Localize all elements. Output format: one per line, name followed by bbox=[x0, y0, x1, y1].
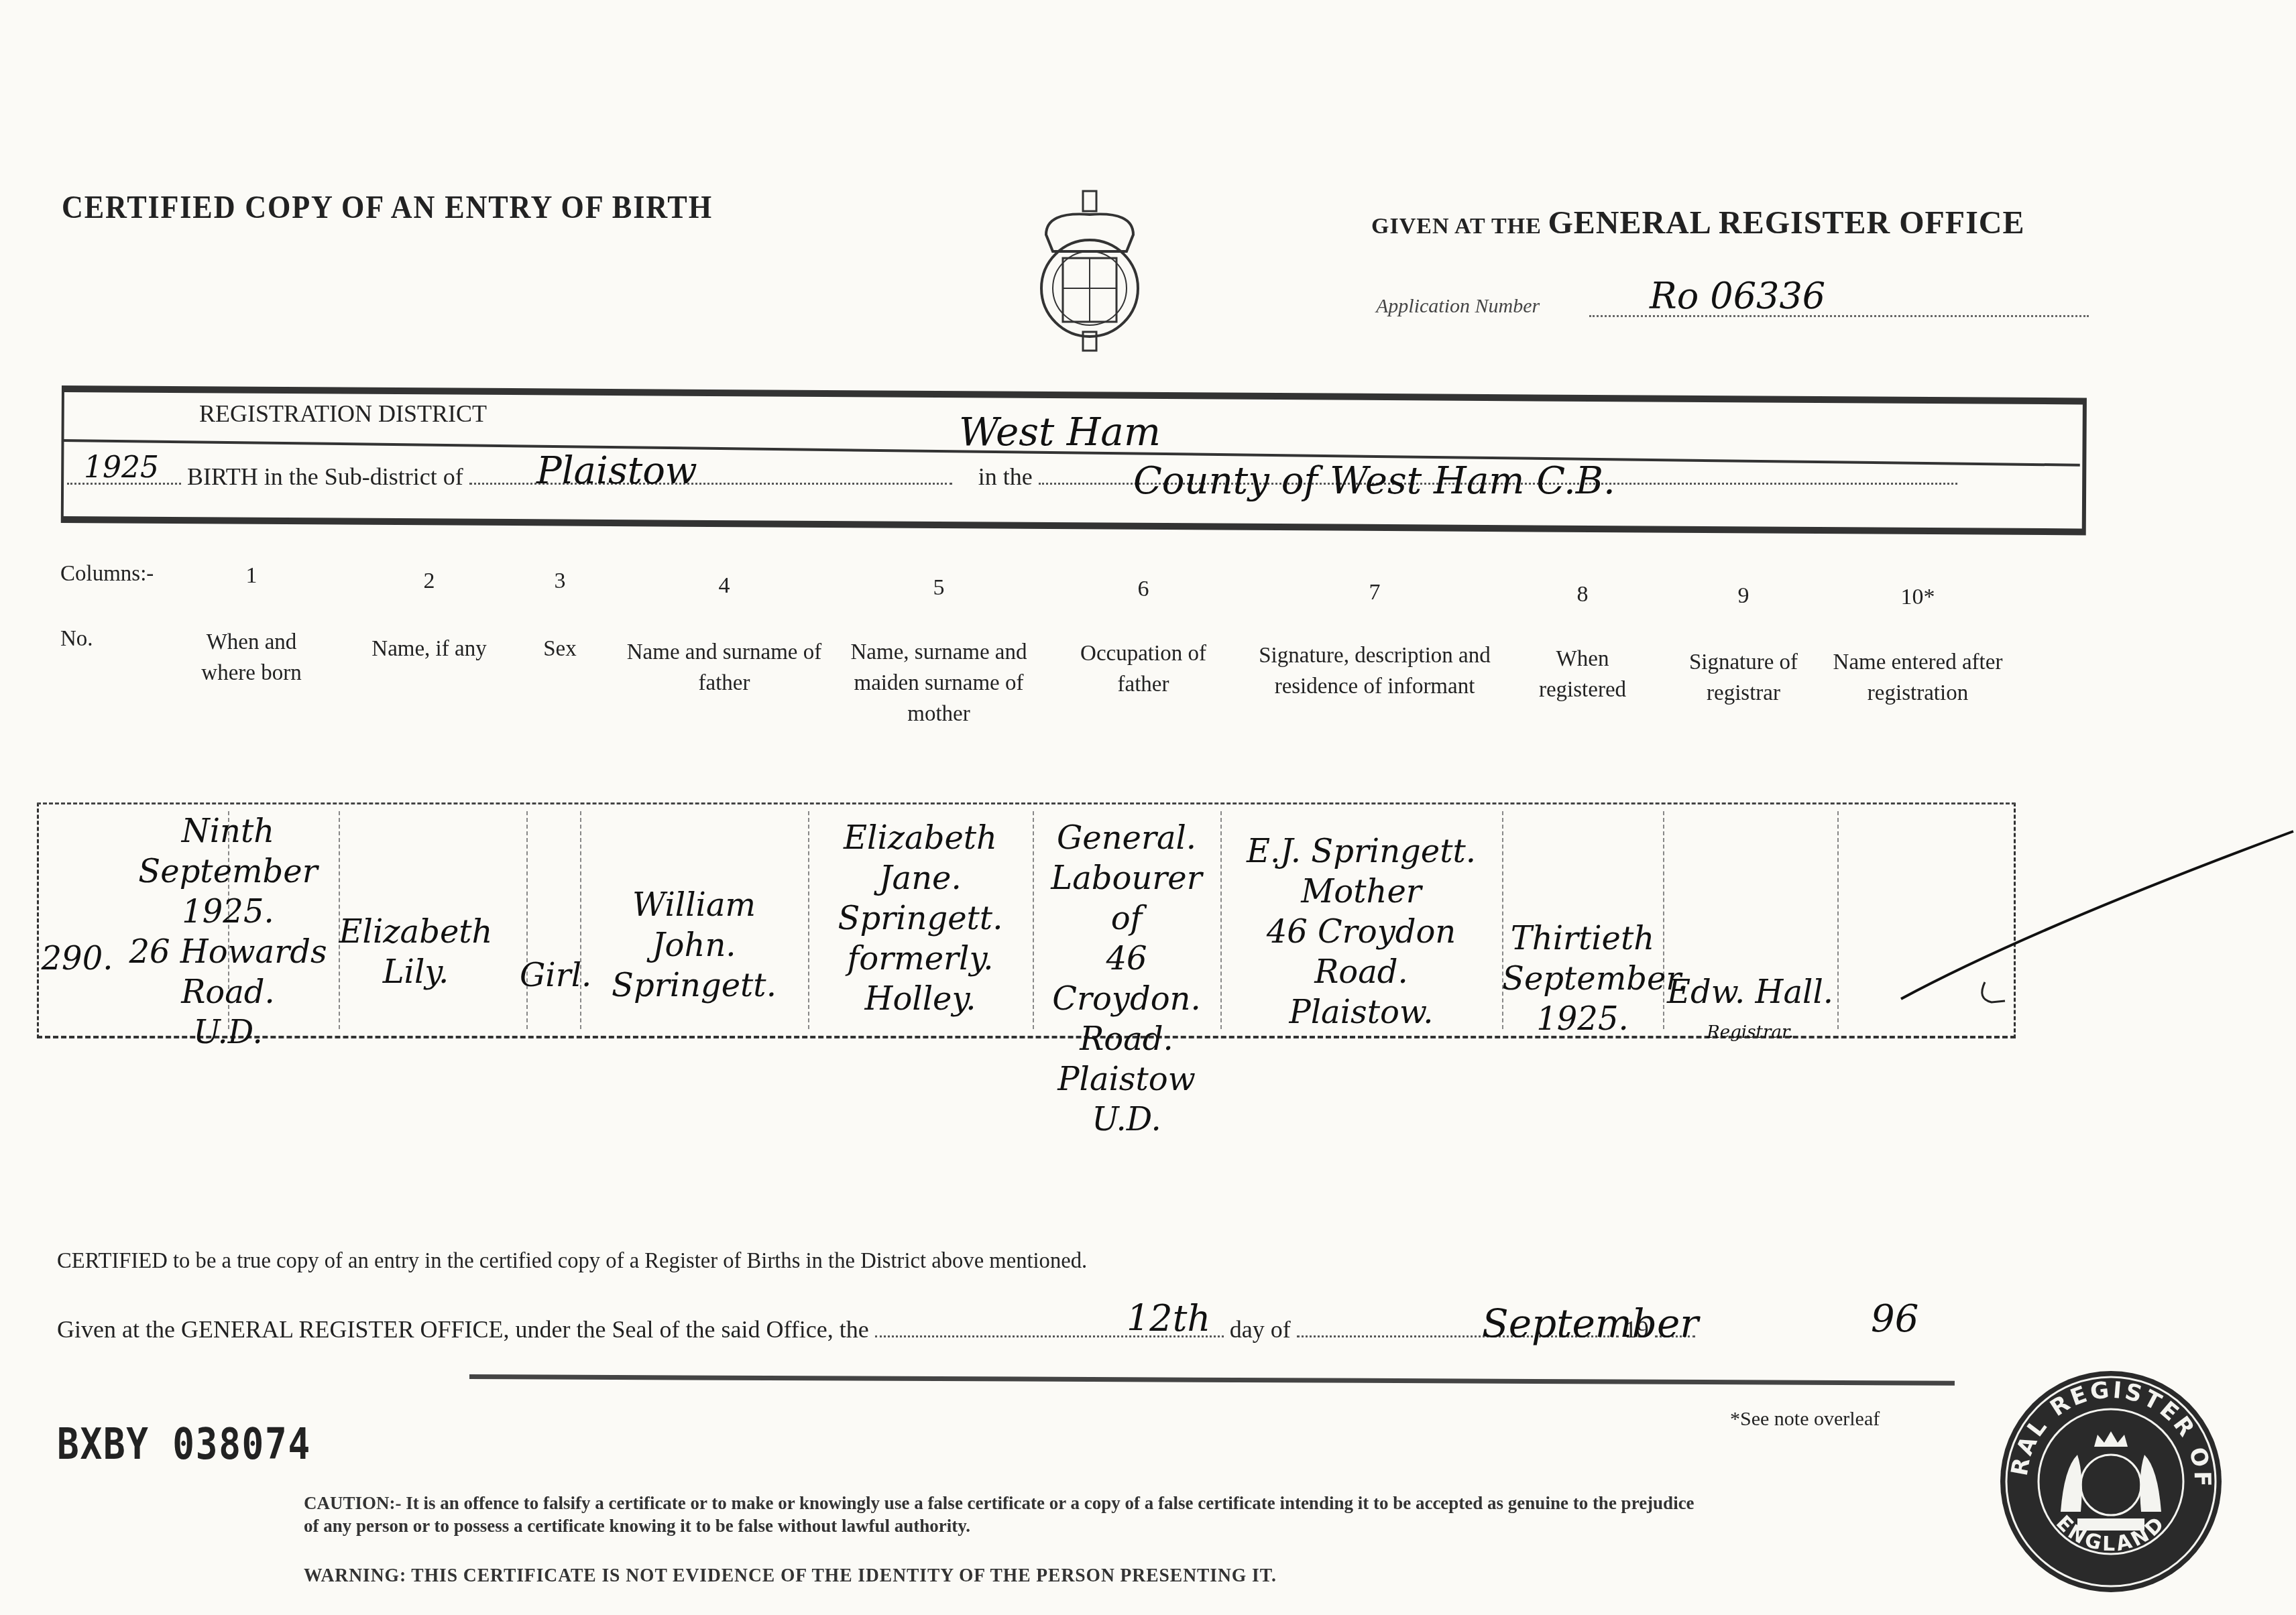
entry-line: 46 Croydon bbox=[1220, 912, 1502, 952]
entry-cell-mother: ElizabethJane.Springett.formerly.Holley. bbox=[808, 818, 1033, 1019]
entry-line: E.J. Springett. bbox=[1220, 831, 1502, 872]
given-statement-line: Given at the GENERAL REGISTER OFFICE, un… bbox=[57, 1315, 1695, 1343]
entry-line: Plaistow bbox=[1033, 1059, 1220, 1099]
certificate-serial-number: BXBY 038074 bbox=[57, 1420, 311, 1470]
entry-line: Springett. bbox=[580, 965, 808, 1006]
given-at-prefix: GIVEN AT THE bbox=[1371, 214, 1542, 239]
entry-cell-no: 290. bbox=[40, 939, 114, 979]
column-header: Signature, description and residence of … bbox=[1234, 640, 1515, 702]
birth-year-value: 1925 bbox=[84, 451, 159, 485]
column-number: 7 bbox=[1308, 580, 1442, 605]
entry-line: U.D. bbox=[1033, 1099, 1220, 1140]
entry-line: 1925. bbox=[1502, 999, 1663, 1039]
subdistrict-value: Plaistow bbox=[536, 449, 697, 493]
entry-line: William bbox=[580, 885, 808, 925]
certified-year-value: 96 bbox=[1871, 1297, 1918, 1341]
entry-cell-informant: E.J. Springett.Mother46 CroydonRoad.Plai… bbox=[1220, 831, 1502, 1032]
column-header: Name entered after registration bbox=[1817, 647, 2018, 709]
entry-cell-registrar: Edw. Hall. bbox=[1663, 972, 1837, 1012]
registration-district-label: REGISTRATION DISTRICT bbox=[199, 400, 487, 428]
entry-line: of bbox=[1033, 898, 1220, 939]
column-number: 8 bbox=[1515, 582, 1650, 607]
column-number: 4 bbox=[657, 573, 791, 599]
entry-cell-sex: Girl. bbox=[520, 955, 580, 996]
see-note-overleaf: *See note overleaf bbox=[1730, 1408, 1880, 1431]
application-number-label: Application Number bbox=[1376, 295, 1540, 318]
signature-rule bbox=[469, 1374, 1955, 1386]
entry-line: 46 Croydon. bbox=[1033, 939, 1220, 1019]
entry-line: Lily. bbox=[305, 952, 526, 992]
certified-statement: CERTIFIED to be a true copy of an entry … bbox=[57, 1248, 1087, 1274]
county-value: County of West Ham C.B. bbox=[1133, 459, 1615, 503]
column-header: No. bbox=[60, 623, 141, 654]
registration-district-value: West Ham bbox=[959, 409, 1161, 455]
column-number: 3 bbox=[493, 569, 627, 594]
certified-day-value: 12th bbox=[1127, 1297, 1210, 1339]
column-header: Name, surname and maiden surname of moth… bbox=[828, 637, 1049, 729]
entry-line: Labourer bbox=[1033, 858, 1220, 898]
birth-label: BIRTH in the Sub-district of bbox=[187, 463, 463, 490]
column-header: When and where born bbox=[178, 627, 325, 689]
column-number: 9 bbox=[1676, 583, 1811, 609]
column-number: 5 bbox=[872, 575, 1006, 601]
entry-line: John. bbox=[580, 925, 808, 965]
certified-month-value: September bbox=[1482, 1301, 1699, 1346]
entry-line: September bbox=[114, 851, 342, 892]
entry-line: Jane. bbox=[808, 858, 1033, 898]
column-header: When registered bbox=[1515, 644, 1650, 705]
warning-notice: WARNING: THIS CERTIFICATE IS NOT EVIDENC… bbox=[304, 1564, 1277, 1587]
entry-cell-when-registered: ThirtiethSeptember.1925. bbox=[1502, 918, 1663, 1039]
entry-cell-registrar-title: Registrar. bbox=[1663, 1012, 1837, 1053]
column-header: Signature of registrar bbox=[1670, 647, 1817, 709]
entry-cell-name: ElizabethLily. bbox=[305, 912, 526, 992]
entry-line: General. bbox=[1033, 818, 1220, 858]
entry-line: Ninth bbox=[114, 811, 342, 851]
document-title: CERTIFIED COPY OF AN ENTRY OF BIRTH bbox=[62, 189, 713, 226]
column-header: Sex bbox=[526, 634, 593, 664]
entry-line: Springett. bbox=[808, 898, 1033, 939]
entry-cell-occupation: General.Labourerof46 Croydon.Road.Plaist… bbox=[1033, 818, 1220, 1140]
entry-line: Plaistow. bbox=[1220, 992, 1502, 1032]
column-separator bbox=[1837, 811, 1839, 1029]
entry-line: Elizabeth bbox=[305, 912, 526, 952]
caution-notice: CAUTION:- It is an offence to falsify a … bbox=[304, 1492, 1699, 1537]
cancel-stroke-icon bbox=[1898, 815, 2296, 1016]
entry-line: Road. bbox=[1033, 1019, 1220, 1059]
day-of-label: day of bbox=[1230, 1316, 1291, 1343]
entry-line: Thirtieth bbox=[1502, 918, 1663, 959]
birth-subdistrict-line: BIRTH in the Sub-district of in the bbox=[67, 463, 1957, 491]
entry-line: Elizabeth bbox=[808, 818, 1033, 858]
in-the-label: in the bbox=[978, 463, 1033, 490]
entry-cell-father: WilliamJohn.Springett. bbox=[580, 885, 808, 1006]
entry-line: Mother bbox=[1220, 872, 1502, 912]
entry-line: September. bbox=[1502, 959, 1663, 999]
column-separator bbox=[526, 811, 528, 1029]
columns-label: Columns:- bbox=[60, 562, 154, 587]
entry-line: Holley. bbox=[808, 979, 1033, 1019]
column-header: Occupation of father bbox=[1066, 638, 1220, 700]
royal-crest-icon bbox=[1026, 188, 1153, 355]
general-register-office-seal-icon: GENERAL REGISTER OFFICE ENGLAND bbox=[1997, 1368, 2225, 1596]
entry-line: formerly. bbox=[808, 939, 1033, 979]
column-header: Name, if any bbox=[352, 634, 506, 664]
column-header: Name and surname of father bbox=[620, 637, 828, 699]
entry-line: U.D. bbox=[114, 1012, 342, 1053]
column-number: 2 bbox=[362, 569, 496, 594]
column-number: 6 bbox=[1076, 577, 1210, 602]
given-statement: Given at the GENERAL REGISTER OFFICE, un… bbox=[57, 1316, 869, 1343]
entry-line: Road. bbox=[1220, 952, 1502, 992]
office-heading: GIVEN AT THE GENERAL REGISTER OFFICE bbox=[1371, 204, 2025, 241]
column-number: 1 bbox=[184, 563, 319, 589]
office-name: GENERAL REGISTER OFFICE bbox=[1548, 205, 2024, 241]
application-number-value: Ro 06336 bbox=[1650, 275, 1825, 317]
column-number: 10* bbox=[1851, 585, 1985, 610]
